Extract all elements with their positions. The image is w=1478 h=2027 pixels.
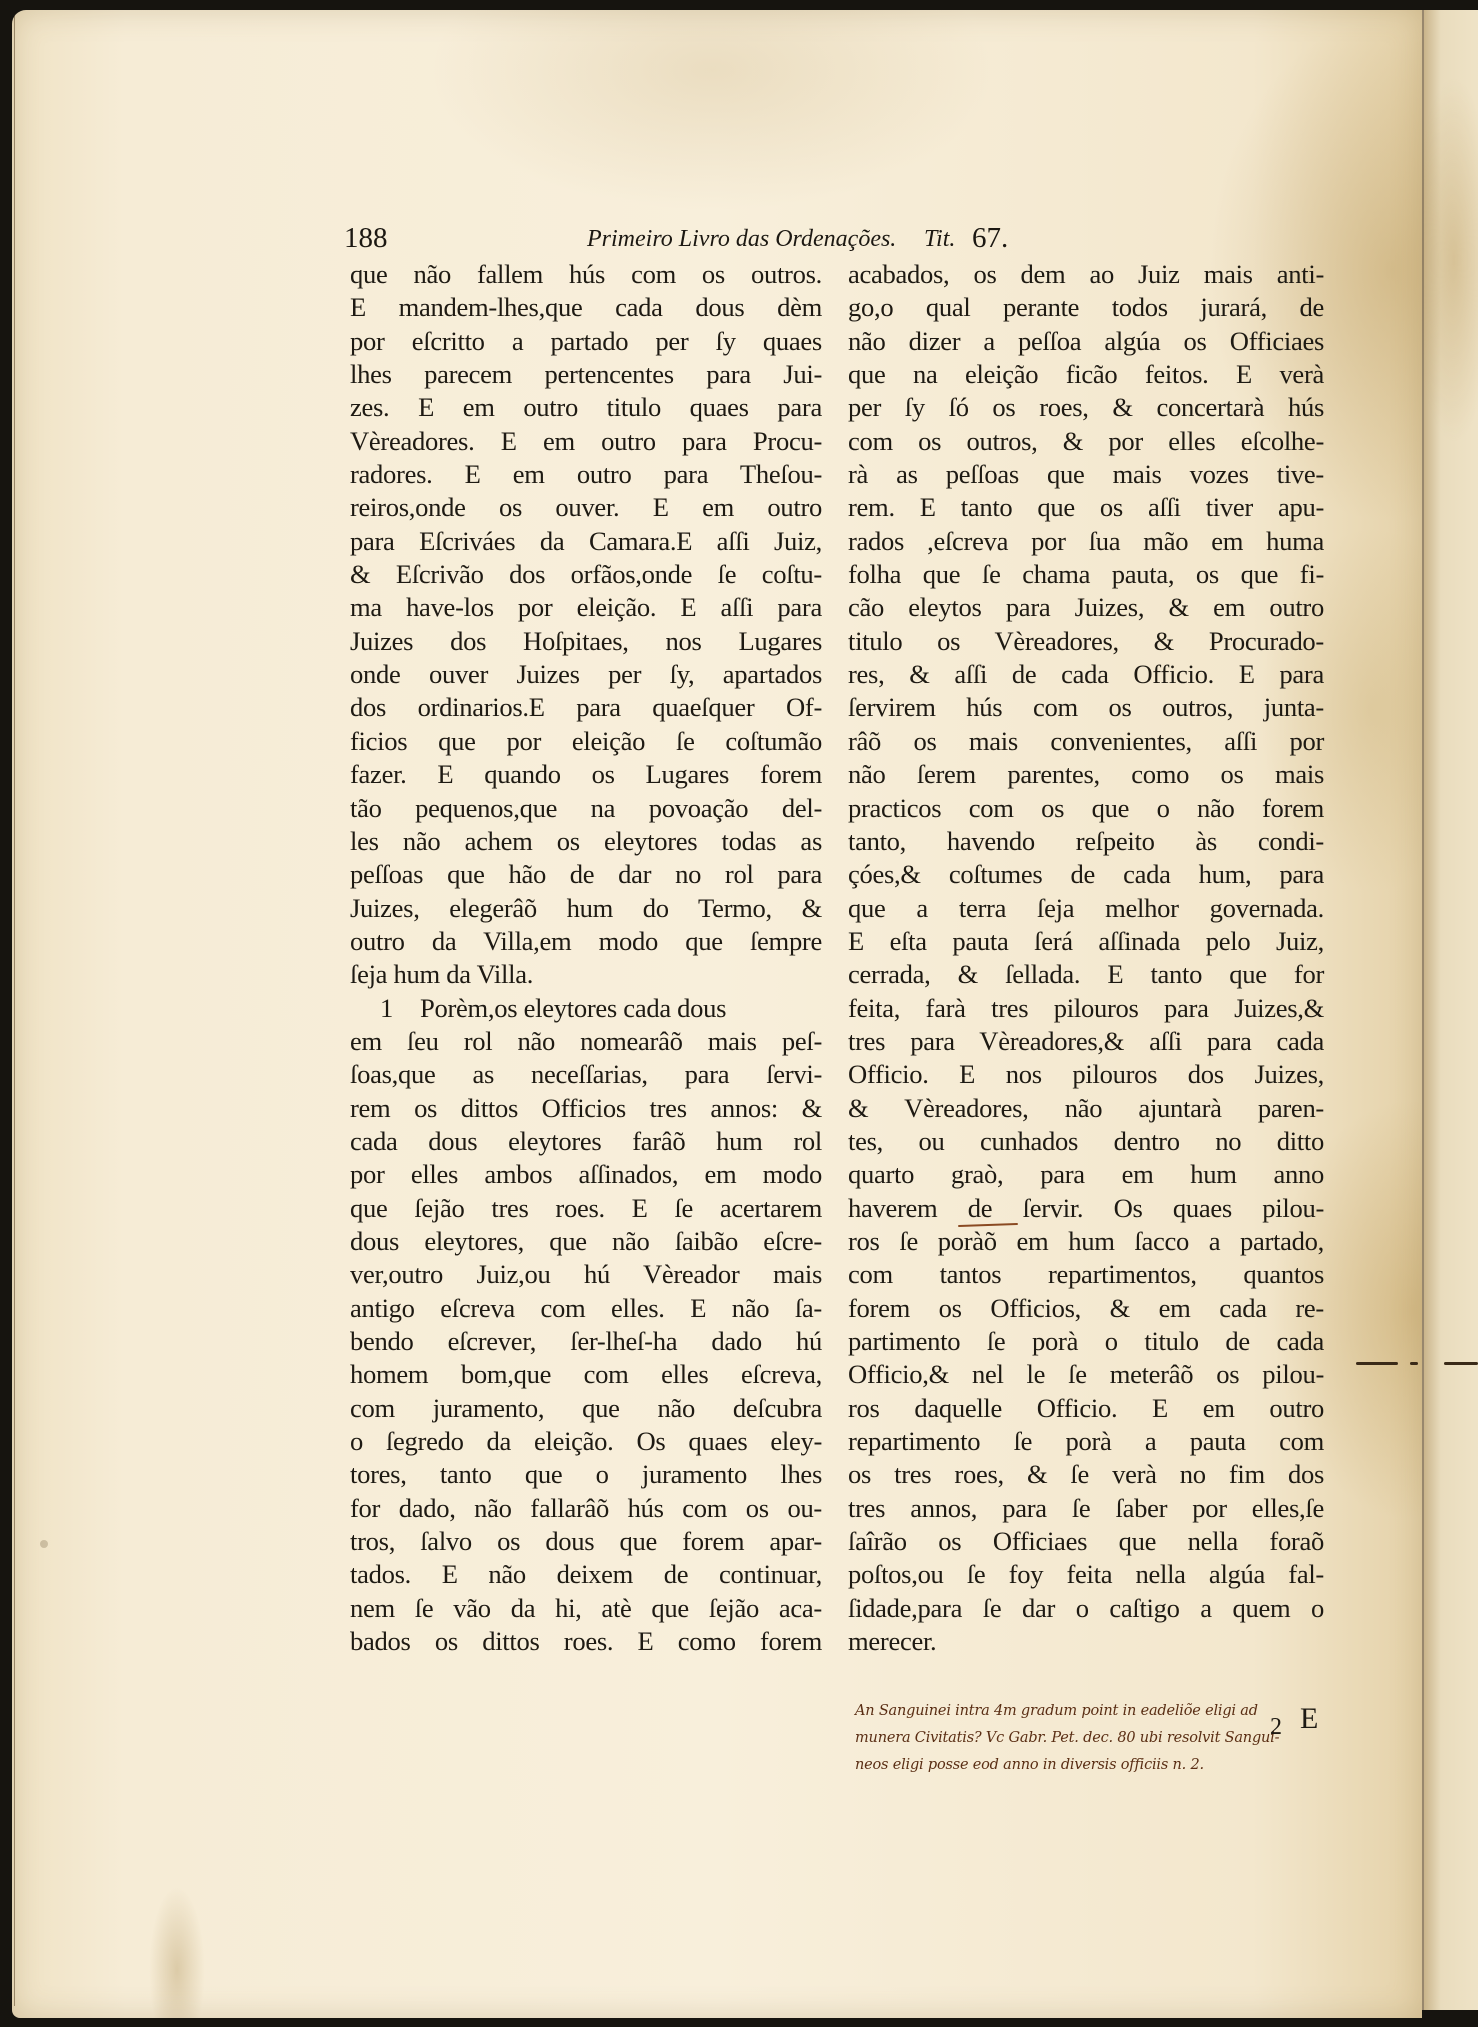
annotation-line: An Sanguinei intra 4m gradum point in ea… <box>855 1698 1285 1725</box>
running-head-tit-number: 67. <box>972 222 1008 255</box>
text-line: com juramento, que não deſcubra <box>350 1392 822 1425</box>
text-line: ma have-los por eleição. E aſſi para <box>350 591 822 624</box>
text-line: les não achem os eleytores todas as <box>350 825 822 858</box>
text-line: lhes parecem pertencentes para Jui- <box>350 358 822 391</box>
text-line: ſeja hum da Villa. <box>350 958 822 991</box>
paragraph-text: Porèm,os eleytores cada dous <box>420 993 726 1023</box>
page-number: 188 <box>344 222 388 255</box>
left-column: que não fallem hús com os outros.E mande… <box>350 258 822 1658</box>
catchword: E <box>1300 1702 1318 1735</box>
text-line: em ſeu rol não nomearâõ mais peſ- <box>350 1025 822 1058</box>
text-line: merecer. <box>848 1625 1324 1658</box>
text-line: nem ſe vão da hi, atè que ſejão aca- <box>350 1592 822 1625</box>
text-line: Juizes dos Hoſpitaes, nos Lugares <box>350 625 822 658</box>
text-line: cerrada, & ſellada. E tanto que for <box>848 958 1324 991</box>
text-line: tros, ſalvo os dous que forem apar- <box>350 1525 822 1558</box>
paper-spot <box>40 1540 48 1548</box>
text-line: antigo eſcreva com elles. E não ſa- <box>350 1292 822 1325</box>
text-line: rados ,eſcreva por ſua mão em huma <box>848 525 1324 558</box>
text-line: que a terra ſeja melhor governada. <box>848 892 1324 925</box>
text-line: tes, ou cunhados dentro no ditto <box>848 1125 1324 1158</box>
text-line: per ſy ſó os roes, & concertarà hús <box>848 391 1324 424</box>
handwritten-annotation: An Sanguinei intra 4m gradum point in ea… <box>855 1698 1285 1779</box>
text-line: res, & aſſi de cada Officio. E para <box>848 658 1324 691</box>
signature-mark: 2 <box>1270 1714 1282 1740</box>
text-line: não dizer a peſſoa algúa os Officiaes <box>848 325 1324 358</box>
text-line: que ſejão tres roes. E ſe acertarem <box>350 1192 822 1225</box>
text-line: haverem de ſervir. Os quaes pilou- <box>848 1192 1324 1225</box>
running-head: 188 Primeiro Livro das Ordenações. Tit. … <box>344 222 1060 262</box>
text-line: ver,outro Juiz,ou hú Vèreador mais <box>350 1258 822 1291</box>
ink-mark <box>1410 1362 1418 1365</box>
text-line: ſidade,para ſe dar o caſtigo a quem o <box>848 1592 1324 1625</box>
scanned-page: 188 Primeiro Livro das Ordenações. Tit. … <box>0 0 1478 2027</box>
text-line: râõ os mais convenientes, aſſi por <box>848 725 1324 758</box>
text-line: ſaîrão os Officiaes que nella foraõ <box>848 1525 1324 1558</box>
text-line: rem. E tanto que os aſſi tiver apu- <box>848 491 1324 524</box>
text-line: o ſegredo da eleição. Os quaes eley- <box>350 1425 822 1458</box>
text-line: repartimento ſe porà a pauta com <box>848 1425 1324 1458</box>
text-line: não ſerem parentes, como os mais <box>848 758 1324 791</box>
text-line: os tres roes, & ſe verà no fim dos <box>848 1458 1324 1491</box>
text-line: por elles ambos aſſinados, em modo <box>350 1158 822 1191</box>
running-head-tit-label: Tit. <box>924 226 955 253</box>
text-line: practicos com os que o não forem <box>848 792 1324 825</box>
text-line: ros daquelle Officio. E em outro <box>848 1392 1324 1425</box>
text-line: por eſcritto a partado per ſy quaes <box>350 325 822 358</box>
text-line: titulo os Vèreadores, & Procurado- <box>848 625 1324 658</box>
annotation-line: neos eligi posse eod anno in diversis of… <box>855 1752 1285 1779</box>
text-line: Juizes, elegerâõ hum do Termo, & <box>350 892 822 925</box>
ink-mark <box>1444 1362 1478 1365</box>
text-line: feita, farà tres pilouros para Juizes,& <box>848 992 1324 1025</box>
text-line: tanto, havendo reſpeito às condi- <box>848 825 1324 858</box>
text-line: for dado, não fallarâõ hús com os ou- <box>350 1492 822 1525</box>
text-line: cada dous eleytores farâõ hum rol <box>350 1125 822 1158</box>
text-line: Officio. E nos pilouros dos Juizes, <box>848 1058 1324 1091</box>
text-line: bados os dittos roes. E como forem <box>350 1625 822 1658</box>
next-page-edge <box>1422 10 1478 2010</box>
text-line: peſſoas que hão de dar no rol para <box>350 858 822 891</box>
text-line: ſervirem hús com os outros, junta- <box>848 691 1324 724</box>
text-line: ros ſe poràõ em hum ſacco a partado, <box>848 1225 1324 1258</box>
text-line: para Eſcriváes da Camara.E aſſi Juiz, <box>350 525 822 558</box>
text-line: tores, tanto que o juramento lhes <box>350 1458 822 1491</box>
text-line: dous eleytores, que não ſaibão eſcre- <box>350 1225 822 1258</box>
text-line: E eſta pauta ſerá aſſinada pelo Juiz, <box>848 925 1324 958</box>
text-line: reiros,onde os ouver. E em outro <box>350 491 822 524</box>
text-line: zes. E em outro titulo quaes para <box>350 391 822 424</box>
text-line: ficios que por eleição ſe coſtumão <box>350 725 822 758</box>
text-line: E mandem-lhes,que cada dous dèm <box>350 291 822 324</box>
text-line: fazer. E quando os Lugares forem <box>350 758 822 791</box>
text-line: rem os dittos Officios tres annos: & <box>350 1092 822 1125</box>
text-line: tados. E não deixem de continuar, <box>350 1558 822 1591</box>
text-line: Officio,& nel le ſe meterâõ os pilou- <box>848 1358 1324 1391</box>
text-line: com tantos repartimentos, quantos <box>848 1258 1324 1291</box>
running-head-title: Primeiro Livro das Ordenações. <box>587 226 896 253</box>
annotation-line: munera Civitatis? Vc Gabr. Pet. dec. 80 … <box>855 1725 1285 1752</box>
text-line: bendo eſcrever, ſer-lheſ-ha dado hú <box>350 1325 822 1358</box>
text-line: onde ouver Juizes per ſy, apartados <box>350 658 822 691</box>
text-line: forem os Officios, & em cada re- <box>848 1292 1324 1325</box>
text-line: partimento ſe porà o titulo de cada <box>848 1325 1324 1358</box>
text-line: 1Porèm,os eleytores cada dous <box>350 992 822 1025</box>
text-line: radores. E em outro para Theſou- <box>350 458 822 491</box>
page-edge-line <box>14 16 19 2006</box>
text-line: outro da Villa,em modo que ſempre <box>350 925 822 958</box>
text-line: & Eſcrivão dos orfãos,onde ſe coſtu- <box>350 558 822 591</box>
text-line: Vèreadores. E em outro para Procu- <box>350 425 822 458</box>
text-line: tres annos, para ſe ſaber por elles,ſe <box>848 1492 1324 1525</box>
text-line: ſoas,que as neceſſarias, para ſervi- <box>350 1058 822 1091</box>
text-line: & Vèreadores, não ajuntarà paren- <box>848 1092 1324 1125</box>
text-line: que na eleição ficão feitos. E verà <box>848 358 1324 391</box>
text-line: folha que ſe chama pauta, os que fi- <box>848 558 1324 591</box>
text-line: poſtos,ou ſe foy feita nella algúa fal- <box>848 1558 1324 1591</box>
paragraph-number: 1 <box>380 992 420 1025</box>
text-line: dos ordinarios.E para quaeſquer Of- <box>350 691 822 724</box>
text-line: cão eleytos para Juizes, & em outro <box>848 591 1324 624</box>
ink-mark <box>1356 1362 1398 1365</box>
text-line: go,o qual perante todos jurará, de <box>848 291 1324 324</box>
text-line: tão pequenos,que na povoação del- <box>350 792 822 825</box>
text-line: homem bom,que com elles eſcreva, <box>350 1358 822 1391</box>
text-line: quarto graò, para em hum anno <box>848 1158 1324 1191</box>
text-line: çóes,& coſtumes de cada hum, para <box>848 858 1324 891</box>
text-line: que não fallem hús com os outros. <box>350 258 822 291</box>
catchword-area: 2 E <box>1270 1702 1318 1736</box>
text-line: tres para Vèreadores,& aſſi para cada <box>848 1025 1324 1058</box>
text-line: com os outros, & por elles eſcolhe- <box>848 425 1324 458</box>
text-line: acabados, os dem ao Juiz mais anti- <box>848 258 1324 291</box>
right-column: acabados, os dem ao Juiz mais anti-go,o … <box>848 258 1324 1658</box>
text-line: rà as peſſoas que mais vozes tive- <box>848 458 1324 491</box>
